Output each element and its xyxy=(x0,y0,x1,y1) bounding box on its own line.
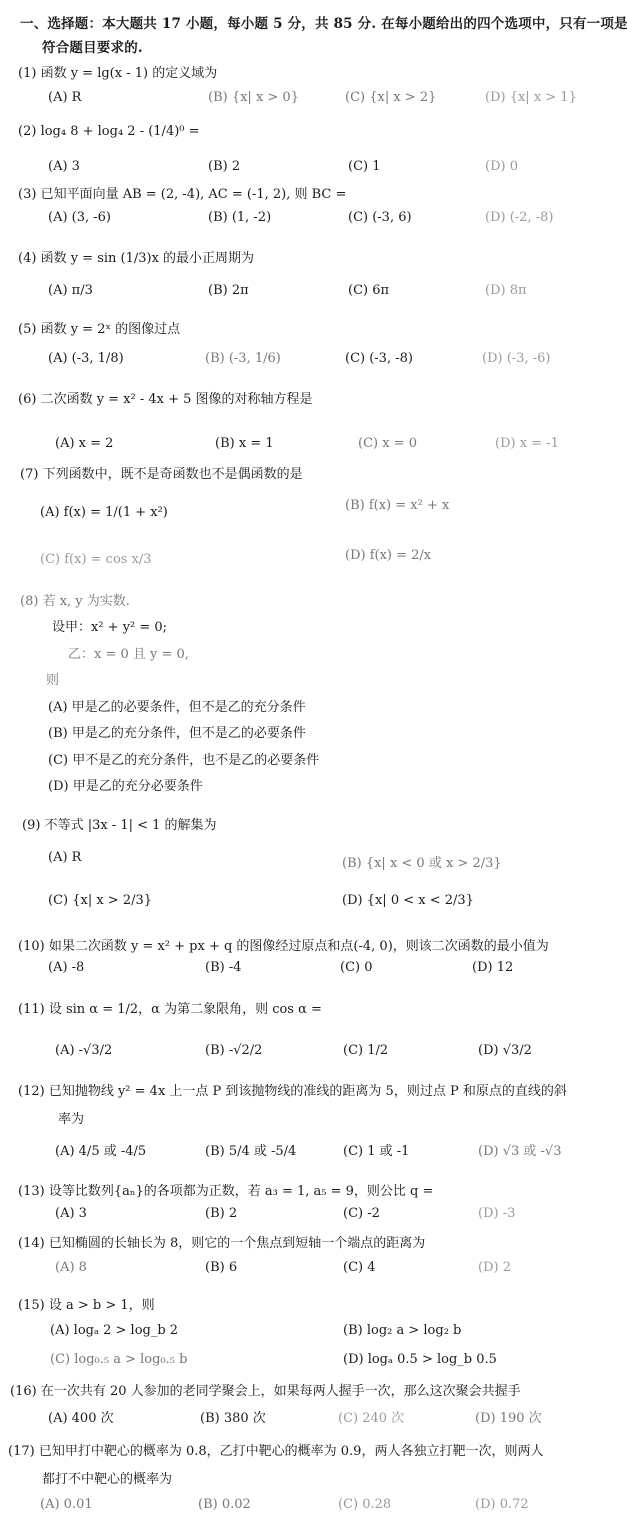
question-16: (16) 在一次共有 20 人参加的老同学聚会上，如果每两人握手一次，那么这次聚… xyxy=(10,1380,521,1399)
question-number: (1) xyxy=(18,66,36,81)
option-b: (B) 6 xyxy=(205,1260,237,1275)
question-1: (1) 函数 y = lg(x - 1) 的定义域为 xyxy=(18,62,217,81)
option-b: (B) {x| x < 0 或 x > 2/3} xyxy=(342,852,502,871)
question-4: (4) 函数 y = sin (1/3)x 的最小正周期为 xyxy=(18,247,254,266)
option-b: (B) (-3, 1/6) xyxy=(205,351,281,366)
option-c: (C) 0 xyxy=(340,960,373,975)
option-b: (B) -√2/2 xyxy=(205,1043,262,1058)
option-a: (A) (-3, 1/8) xyxy=(48,351,124,366)
option-a: (A) 8 xyxy=(55,1260,87,1275)
option-d: (D) 190 次 xyxy=(475,1407,542,1426)
option-a: (A) 400 次 xyxy=(48,1407,114,1426)
option-b: (B) f(x) = x² + x xyxy=(345,498,449,513)
option-d: (D) {x| x > 1} xyxy=(485,90,577,105)
question-2: (2) log₄ 8 + log₄ 2 - (1/4)⁰ = xyxy=(18,124,200,139)
question-8: (8) 若 x, y 为实数. xyxy=(20,590,130,609)
option-b: (B) 5/4 或 -5/4 xyxy=(205,1140,296,1159)
option-c: (C) log₀.₅ a > log₀.₅ b xyxy=(50,1352,187,1367)
option-c: (C) 240 次 xyxy=(338,1407,404,1426)
question-17-cont: 都打不中靶心的概率为 xyxy=(42,1468,172,1487)
question-5: (5) 函数 y = 2ˣ 的图像过点 xyxy=(18,318,180,337)
option-b: (B) 380 次 xyxy=(200,1407,266,1426)
question-11: (11) 设 sin α = 1/2，α 为第二象限角，则 cos α = xyxy=(18,998,322,1017)
option-c: (C) {x| x > 2} xyxy=(345,90,436,105)
question-10: (10) 如果二次函数 y = x² + px + q 的图像经过原点和点(-4… xyxy=(18,935,549,954)
option-b: (B) 0.02 xyxy=(198,1497,251,1512)
question-12: (12) 已知抛物线 y² = 4x 上一点 P 到该抛物线的准线的距离为 5，… xyxy=(18,1080,567,1099)
option-c: (C) 4 xyxy=(343,1260,376,1275)
option-a: (A) 甲是乙的必要条件，但不是乙的充分条件 xyxy=(48,696,306,715)
option-a: (A) (3, -6) xyxy=(48,210,111,225)
option-c: (C) 1/2 xyxy=(343,1043,388,1058)
option-a: (A) π/3 xyxy=(48,283,93,298)
option-d: (D) f(x) = 2/x xyxy=(345,548,431,563)
question-7: (7) 下列函数中，既不是奇函数也不是偶函数的是 xyxy=(20,463,303,482)
option-c: (C) f(x) = cos x/3 xyxy=(40,552,152,567)
option-c: (C) {x| x > 2/3} xyxy=(48,893,152,908)
option-c: (C) 1 xyxy=(348,159,381,174)
option-a: (A) 4/5 或 -4/5 xyxy=(55,1140,146,1159)
option-c: (C) 1 或 -1 xyxy=(343,1140,409,1159)
option-a: (A) 3 xyxy=(55,1206,87,1221)
option-d: (D) 甲是乙的充分必要条件 xyxy=(48,775,203,794)
question-6: (6) 二次函数 y = x² - 4x + 5 图像的对称轴方程是 xyxy=(18,388,313,407)
option-d: (D) (-2, -8) xyxy=(485,210,553,225)
option-a: (A) logₐ 2 > log_b 2 xyxy=(50,1323,178,1338)
section-header-line1: 一、选择题：本大题共 17 小题，每小题 5 分，共 85 分. 在每小题给出的… xyxy=(20,12,627,32)
option-c: (C) 6π xyxy=(348,283,389,298)
option-d: (D) 12 xyxy=(472,960,513,975)
option-c: (C) 0.28 xyxy=(338,1497,391,1512)
option-a: (A) R xyxy=(48,850,81,865)
question-stem: 函数 y = lg(x - 1) 的定义域为 xyxy=(41,66,218,81)
option-b: (B) -4 xyxy=(205,960,242,975)
question-17: (17) 已知甲打中靶心的概率为 0.8，乙打中靶心的概率为 0.9，两人各独立… xyxy=(8,1440,543,1459)
option-a: (A) f(x) = 1/(1 + x²) xyxy=(40,505,168,520)
condition-jia: 设甲：x² + y² = 0; xyxy=(52,616,167,635)
option-d: (D) logₐ 0.5 > log_b 0.5 xyxy=(343,1352,497,1367)
option-d: (D) 2 xyxy=(478,1260,511,1275)
option-a: (A) 0.01 xyxy=(40,1497,93,1512)
option-d: (D) 8π xyxy=(485,283,527,298)
option-a: (A) -√3/2 xyxy=(55,1043,112,1058)
option-a: (A) x = 2 xyxy=(55,436,113,451)
option-d: (D) √3/2 xyxy=(478,1043,532,1058)
condition-yi: 乙：x = 0 且 y = 0, xyxy=(68,643,189,662)
option-b: (B) 2π xyxy=(208,283,249,298)
option-c: (C) -2 xyxy=(343,1206,380,1221)
question-9: (9) 不等式 |3x - 1| < 1 的解集为 xyxy=(22,814,217,833)
option-d: (D) 0 xyxy=(485,159,518,174)
question-14: (14) 已知椭圆的长轴长为 8，则它的一个焦点到短轴一个端点的距离为 xyxy=(18,1232,425,1251)
condition-then: 则 xyxy=(46,669,59,688)
option-b: (B) 甲是乙的充分条件，但不是乙的必要条件 xyxy=(48,722,306,741)
option-b: (B) 2 xyxy=(205,1206,237,1221)
option-b: (B) x = 1 xyxy=(215,436,274,451)
option-c: (C) 甲不是乙的充分条件，也不是乙的必要条件 xyxy=(48,749,319,768)
option-b: (B) 2 xyxy=(208,159,240,174)
section-header-line2: 符合题目要求的. xyxy=(42,36,143,56)
option-d: (D) -3 xyxy=(478,1206,515,1221)
option-a: (A) -8 xyxy=(48,960,84,975)
option-d: (D) x = -1 xyxy=(495,436,559,451)
option-d: (D) √3 或 -√3 xyxy=(478,1140,561,1159)
option-d: (D) (-3, -6) xyxy=(482,351,550,366)
question-15: (15) 设 a > b > 1，则 xyxy=(18,1294,155,1313)
option-b: (B) {x| x > 0} xyxy=(208,90,299,105)
question-12-cont: 率为 xyxy=(58,1108,84,1127)
option-d: (D) {x| 0 < x < 2/3} xyxy=(342,893,474,908)
question-3: (3) 已知平面向量 AB = (2, -4), AC = (-1, 2), 则… xyxy=(18,183,346,202)
option-d: (D) 0.72 xyxy=(475,1497,529,1512)
option-b: (B) log₂ a > log₂ b xyxy=(343,1323,461,1338)
option-c: (C) (-3, -8) xyxy=(345,351,413,366)
option-a: (A) R xyxy=(48,90,81,105)
question-13: (13) 设等比数列{aₙ}的各项都为正数，若 a₃ = 1, a₅ = 9，则… xyxy=(18,1180,433,1199)
option-a: (A) 3 xyxy=(48,159,80,174)
option-c: (C) x = 0 xyxy=(358,436,417,451)
option-b: (B) (1, -2) xyxy=(208,210,271,225)
option-c: (C) (-3, 6) xyxy=(348,210,412,225)
